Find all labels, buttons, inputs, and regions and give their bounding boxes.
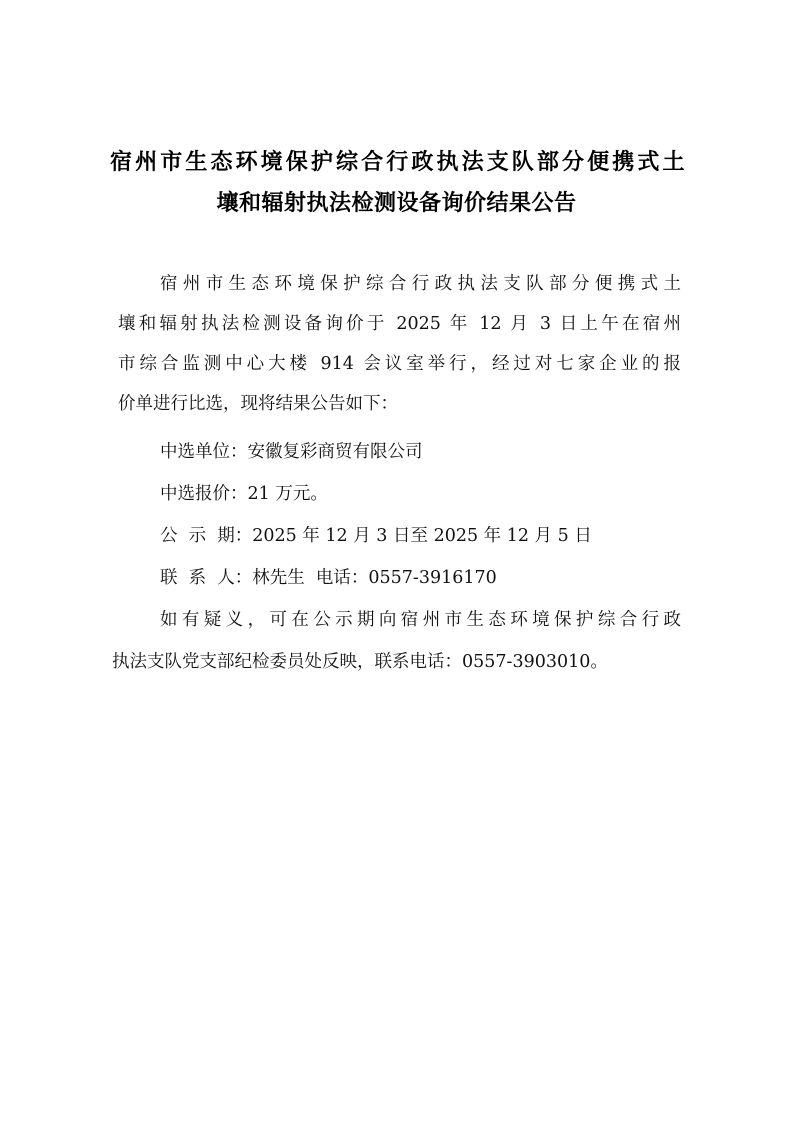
publicity-period-line: 公 示 期：2025 年 12 月 3 日至 2025 年 12 月 5 日	[160, 524, 681, 548]
price-line: 中选报价：21 万元。	[160, 482, 681, 506]
intro-line-3: 市综合监测中心大楼 914 会议室举行，经过对七家企业的报	[118, 352, 681, 376]
document-title-line-2: 壤和辐射执法检测设备询价结果公告	[0, 186, 793, 217]
objection-line-1: 如有疑义，可在公示期向宿州市生态环境保护综合行政	[160, 608, 681, 632]
contact-line: 联 系 人：林先生 电话：0557-3916170	[160, 566, 681, 590]
winner-line: 中选单位：安徽复彩商贸有限公司	[160, 440, 681, 464]
document-title-line-1: 宿州市生态环境保护综合行政执法支队部分便携式土	[110, 145, 685, 176]
intro-line-1: 宿州市生态环境保护综合行政执法支队部分便携式土	[160, 272, 681, 296]
intro-line-2: 壤和辐射执法检测设备询价于 2025 年 12 月 3 日上午在宿州	[118, 312, 681, 336]
objection-line-2: 执法支队党支部纪检委员处反映，联系电话：0557-3903010。	[112, 650, 687, 674]
document-page: 宿州市生态环境保护综合行政执法支队部分便携式土 壤和辐射执法检测设备询价结果公告…	[0, 0, 793, 1122]
intro-line-4: 价单进行比选，现将结果公告如下：	[118, 392, 681, 416]
